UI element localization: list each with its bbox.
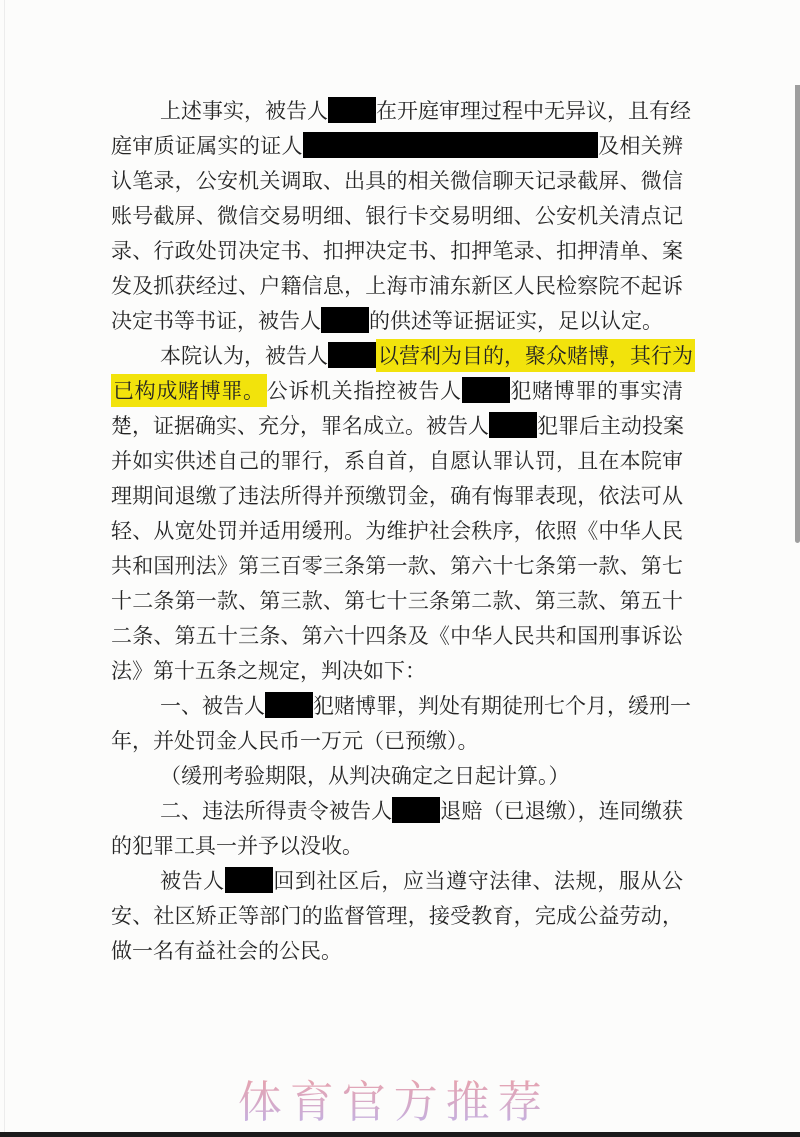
- document-line: 法》第十五条之规定，判决如下：: [111, 654, 683, 689]
- scrollbar: [794, 0, 800, 1137]
- redaction-bar: [462, 377, 510, 403]
- document-line: 被告人回到社区后，应当遵守法律、法规，服从公: [111, 864, 683, 899]
- document-line: （缓刑考验期限，从判决确定之日起计算。）: [111, 759, 683, 794]
- bottom-border-bar: [0, 1132, 800, 1137]
- text-segment: 公诉机关指控被告人: [267, 379, 462, 403]
- text-segment: 认笔录，公安机关调取、出具的相关微信聊天记录截屏、微信: [111, 169, 683, 193]
- document-line: 二条、第五十三条、第六十四条及《中华人民共和国刑事诉讼: [111, 619, 683, 654]
- document-line: 安、社区矫正等部门的监督管理，接受教育，完成公益劳动，: [111, 899, 683, 934]
- redaction-bar: [392, 797, 440, 823]
- document-line: 已构成赌博罪。公诉机关指控被告人犯赌博罪的事实清: [111, 374, 683, 409]
- text-segment: 安、社区矫正等部门的监督管理，接受教育，完成公益劳动，: [111, 904, 683, 928]
- document-line: 二、违法所得责令被告人退赔（已退缴），连同缴获: [111, 794, 683, 829]
- watermark-text: 体育官方推荐: [238, 1066, 550, 1130]
- document-line: 发及抓获经过、户籍信息，上海市浦东新区人民检察院不起诉: [111, 269, 683, 304]
- document-line: 理期间退缴了违法所得并预缴罚金，确有悔罪表现，依法可从: [111, 479, 683, 514]
- redaction-bar: [489, 412, 537, 438]
- text-segment: 二条、第五十三条、第六十四条及《中华人民共和国刑事诉讼: [111, 624, 683, 648]
- text-segment: 的犯罪工具一并予以没收。: [111, 834, 363, 858]
- text-segment: 并如实供述自己的罪行，系自首，自愿认罪认罚，且在本院审: [111, 449, 683, 473]
- document-line: 做一名有益社会的公民。: [111, 934, 683, 969]
- redaction-bar: [303, 132, 598, 158]
- highlighted-text: 以营利为目的，聚众赌博，其行为: [376, 339, 695, 372]
- document-lines: 上述事实，被告人在开庭审理过程中无异议，且有经庭审质证属实的证人及相关辨认笔录，…: [111, 94, 683, 969]
- text-segment: 犯罪后主动投案: [537, 414, 684, 438]
- document-line: 年，并处罚金人民币一万元（已预缴）。: [111, 724, 683, 759]
- text-segment: 年，并处罚金人民币一万元（已预缴）。: [111, 729, 479, 753]
- document-line: 楚，证据确实、充分，罪名成立。被告人犯罪后主动投案: [111, 409, 683, 444]
- document-line: 庭审质证属实的证人及相关辨: [111, 129, 683, 164]
- document-line: 本院认为，被告人以营利为目的，聚众赌博，其行为: [111, 339, 683, 374]
- redaction-bar: [321, 307, 369, 333]
- text-segment: 庭审质证属实的证人: [111, 134, 303, 158]
- document-line: 共和国刑法》第三百零三条第一款、第六十七条第一款、第七: [111, 549, 683, 584]
- text-segment: 十二条第一款、第三款、第七十三条第二款、第三款、第五十: [111, 589, 683, 613]
- text-segment: 决定书等书证，被告人: [111, 309, 321, 333]
- text-segment: 录、行政处罚决定书、扣押决定书、扣押笔录、扣押清单、案: [111, 239, 683, 263]
- text-segment: 轻、从宽处罚并适用缓刑。为维护社会秩序，依照《中华人民: [111, 519, 683, 543]
- redaction-bar: [328, 97, 376, 123]
- text-segment: 退赔（已退缴），连同缴获: [440, 799, 683, 823]
- text-segment: 上述事实，被告人: [160, 99, 328, 123]
- redaction-bar: [265, 692, 313, 718]
- document-line: 的犯罪工具一并予以没收。: [111, 829, 683, 864]
- document-line: 认笔录，公安机关调取、出具的相关微信聊天记录截屏、微信: [111, 164, 683, 199]
- document-line: 决定书等书证，被告人的供述等证据证实，足以认定。: [111, 304, 683, 339]
- document-line: 上述事实，被告人在开庭审理过程中无异议，且有经: [111, 94, 683, 129]
- document-line: 录、行政处罚决定书、扣押决定书、扣押笔录、扣押清单、案: [111, 234, 683, 269]
- document-line: 账号截屏、微信交易明细、银行卡交易明细、公安机关清点记: [111, 199, 683, 234]
- text-segment: 账号截屏、微信交易明细、银行卡交易明细、公安机关清点记: [111, 204, 683, 228]
- text-segment: 在开庭审理过程中无异议，且有经: [376, 99, 691, 123]
- document-line: 十二条第一款、第三款、第七十三条第二款、第三款、第五十: [111, 584, 683, 619]
- text-segment: 理期间退缴了违法所得并预缴罚金，确有悔罪表现，依法可从: [111, 484, 683, 508]
- document-line: 一、被告人犯赌博罪，判处有期徒刑七个月，缓刑一: [111, 689, 683, 724]
- document-line: 并如实供述自己的罪行，系自首，自愿认罪认罚，且在本院审: [111, 444, 683, 479]
- highlighted-text: 已构成赌博罪。: [111, 374, 267, 407]
- text-segment: 发及抓获经过、户籍信息，上海市浦东新区人民检察院不起诉: [111, 274, 683, 298]
- text-segment: 本院认为，被告人: [160, 344, 328, 368]
- text-segment: 楚，证据确实、充分，罪名成立。被告人: [111, 414, 489, 438]
- redaction-bar: [328, 342, 376, 368]
- document-line: 轻、从宽处罚并适用缓刑。为维护社会秩序，依照《中华人民: [111, 514, 683, 549]
- text-segment: 及相关辨: [598, 134, 683, 158]
- text-segment: （缓刑考验期限，从判决确定之日起计算。）: [160, 764, 570, 788]
- page-left-edge-line: [4, 0, 5, 1137]
- text-segment: 做一名有益社会的公民。: [111, 939, 342, 963]
- text-segment: 犯赌博罪的事实清: [510, 379, 683, 403]
- text-segment: 犯赌博罪，判处有期徒刑七个月，缓刑一: [313, 694, 691, 718]
- text-segment: 共和国刑法》第三百零三条第一款、第六十七条第一款、第七: [111, 554, 683, 578]
- text-segment: 被告人: [160, 869, 225, 893]
- text-segment: 回到社区后，应当遵守法律、法规，服从公: [273, 869, 683, 893]
- redaction-bar: [225, 867, 273, 893]
- text-segment: 法》第十五条之规定，判决如下：: [111, 659, 426, 683]
- text-segment: 一、被告人: [160, 694, 265, 718]
- scrollbar-thumb[interactable]: [795, 85, 800, 543]
- text-segment: 的供述等证据证实，足以认定。: [369, 309, 663, 333]
- text-segment: 二、违法所得责令被告人: [160, 799, 392, 823]
